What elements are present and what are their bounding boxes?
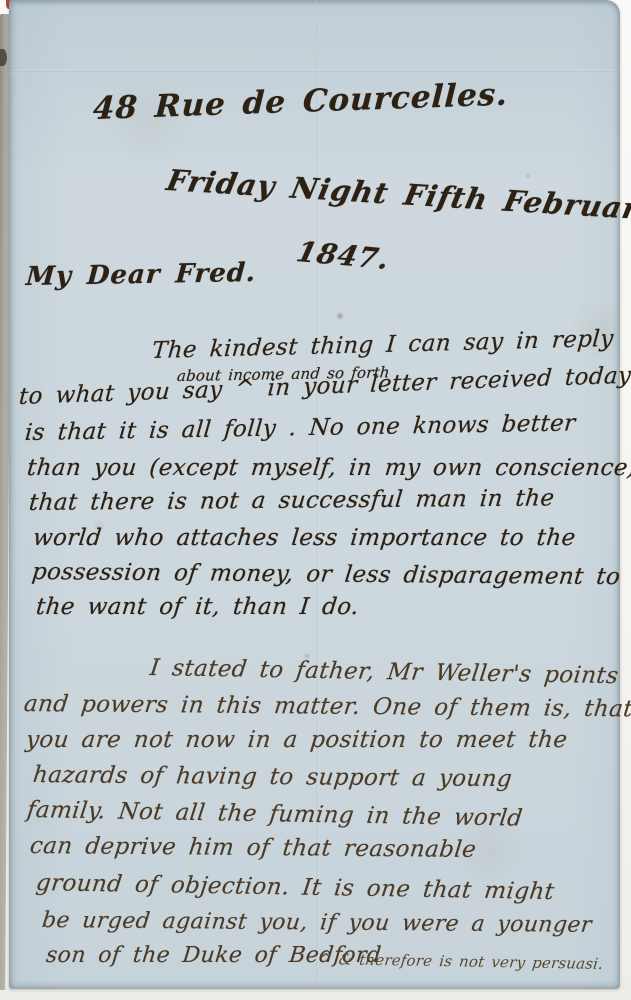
letter-line: that there is not a successful man in th…	[28, 487, 556, 515]
horizontal-fold-crease	[9, 70, 620, 73]
letter-line: than you (except myself, in my own consc…	[26, 457, 631, 480]
horizontal-fold-crease-2	[9, 146, 620, 149]
letter-page: 48 Rue de Courcelles. Friday Night Fifth…	[9, 0, 620, 989]
letter-line: the want of it, than I do.	[35, 596, 360, 619]
letter-line: and powers in this matter. One of them i…	[23, 693, 631, 721]
letter-line: The kindest thing I can say in reply	[151, 328, 614, 363]
letter-line: is that it is all folly . No one knows b…	[24, 412, 577, 445]
letter-line: family. Not all the fuming in the world	[26, 799, 524, 831]
date-line: Friday Night Fifth February	[164, 166, 631, 225]
letter-line: you are not now in a position to meet th…	[25, 729, 569, 752]
letter-line: ground of objection. It is one that migh…	[35, 872, 556, 904]
letter-line: possession of money, or less disparageme…	[31, 561, 622, 589]
year-line: 1847.	[294, 238, 393, 274]
address-line: 48 Rue de Courcelles.	[92, 79, 509, 125]
letter-line: be urged against you, if you were a youn…	[41, 910, 593, 937]
letter-line: I stated to father, Mr Weller's points	[149, 657, 620, 688]
letter-scan: 48 Rue de Courcelles. Friday Night Fifth…	[0, 0, 631, 1000]
salutation-line: My Dear Fred.	[25, 260, 257, 290]
letter-line: can deprive him of that reasonable	[29, 835, 478, 862]
bottom-insertion: ^ & therefore is not very persuasi.	[318, 952, 604, 972]
letter-line: hazards of having to support a young	[32, 764, 514, 791]
letter-line: world who attaches less importance to th…	[32, 527, 577, 550]
